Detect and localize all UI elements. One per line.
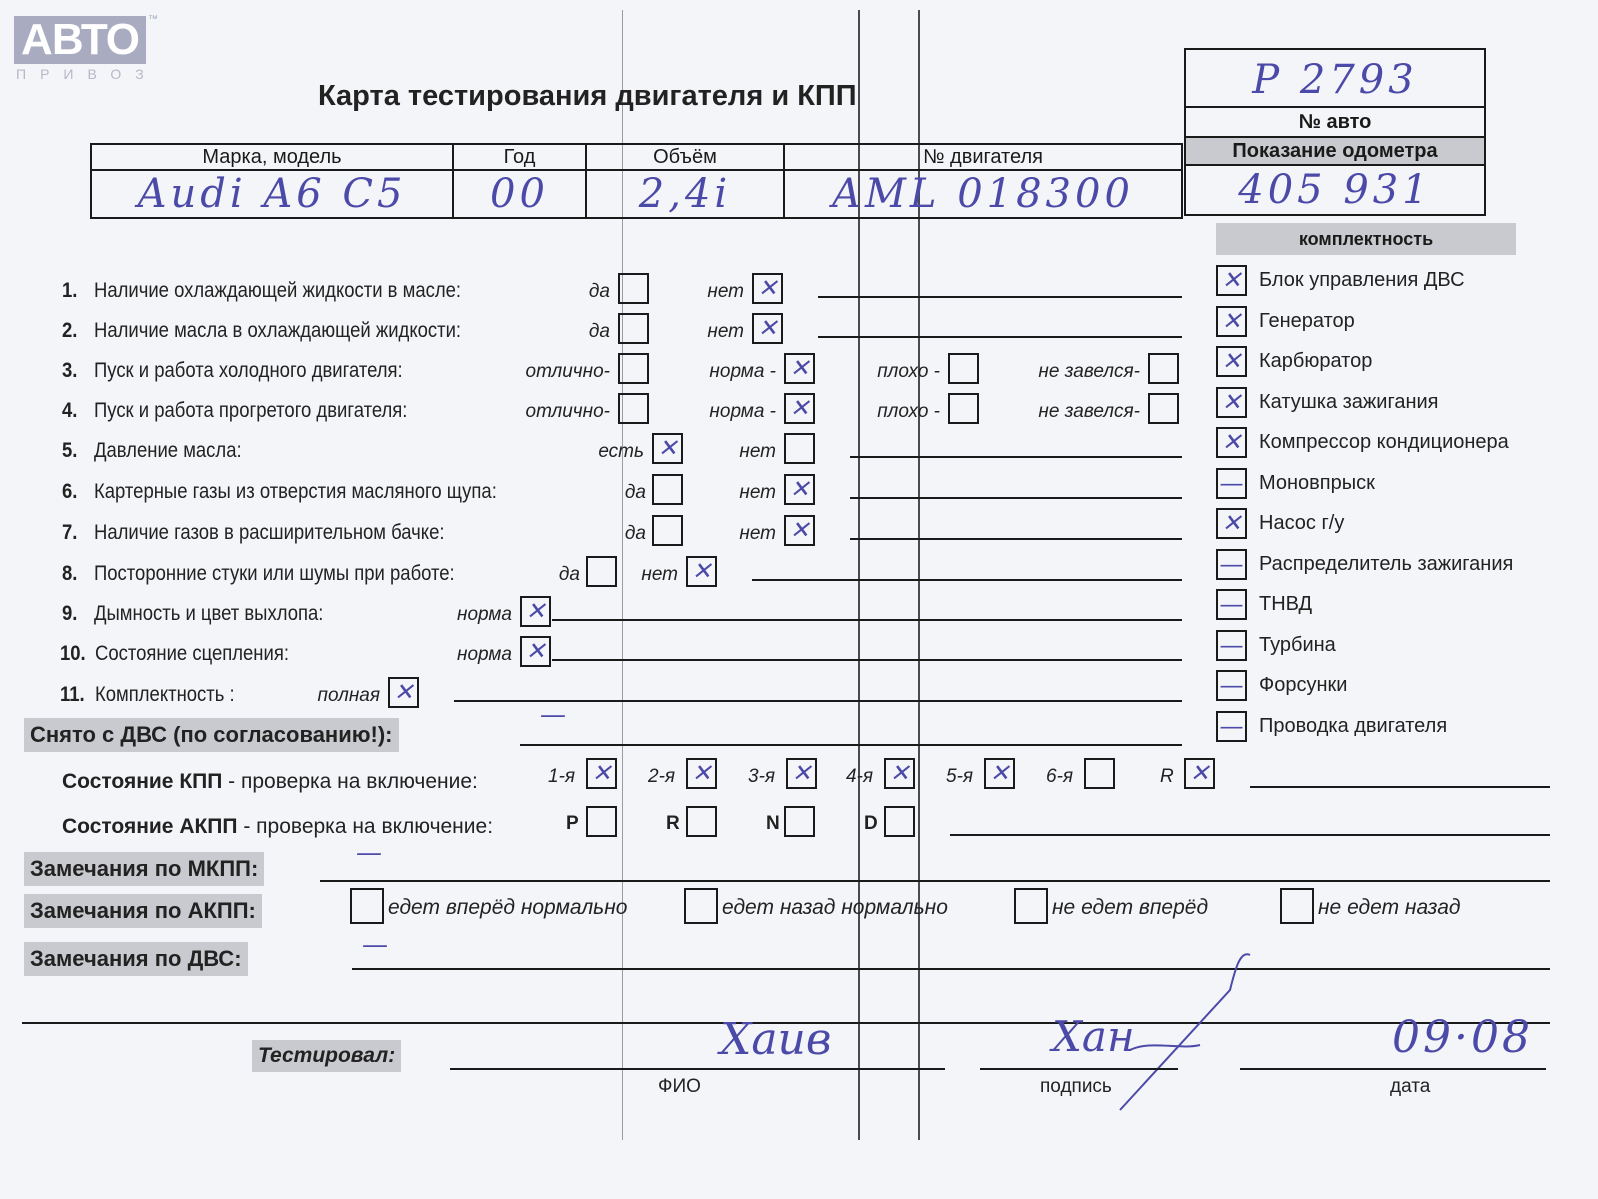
gear-checkbox[interactable]: ✕ xyxy=(884,758,915,789)
completeness-item-label: Катушка зажигания xyxy=(1259,391,1439,414)
option-label: отлично- xyxy=(470,401,610,423)
note-line xyxy=(752,579,1182,581)
vehicle-number-box: P 2793 № авто Показание одометра 405 931 xyxy=(1184,48,1486,216)
akpp-remarks-label: Замечания по АКПП: xyxy=(24,894,262,928)
option-checkbox[interactable]: ✕ xyxy=(388,677,419,708)
question-number: 10. xyxy=(60,642,86,666)
completeness-title: комплектность xyxy=(1216,223,1516,255)
name-value[interactable]: Хаив xyxy=(720,1014,832,1065)
completeness-item-label: Карбюратор xyxy=(1259,350,1372,373)
completeness-checkbox[interactable]: ✕ xyxy=(1216,427,1247,458)
option-label: нет xyxy=(636,441,776,463)
completeness-checkbox[interactable]: ✕ xyxy=(1216,387,1247,418)
vehicle-number-label: № авто xyxy=(1186,108,1484,138)
completeness-checkbox[interactable]: ✕ xyxy=(1216,508,1247,539)
option-checkbox[interactable]: ✕ xyxy=(520,636,551,667)
vehicle-number-value[interactable]: P 2793 xyxy=(1186,54,1484,108)
akpp-position-label: R xyxy=(666,813,680,835)
akpp-remark-label: не едет вперёд xyxy=(1052,896,1208,920)
note-line xyxy=(552,619,1182,621)
question-text: Давление масла: xyxy=(94,439,242,463)
dvs-line xyxy=(352,968,1550,970)
option-label: нет xyxy=(604,321,744,343)
dvs-remarks-label: Замечания по ДВС: xyxy=(24,942,248,976)
header-label-engine-number: № двигателя xyxy=(784,144,1182,170)
akpp-line xyxy=(950,834,1550,836)
question-number: 8. xyxy=(62,562,77,586)
completeness-item-label: Распределитель зажигания xyxy=(1259,553,1513,576)
completeness-item-label: Форсунки xyxy=(1259,674,1347,697)
completeness-checkbox[interactable]: — xyxy=(1216,468,1247,499)
option-label: да xyxy=(470,321,610,343)
completeness-checkbox[interactable]: — xyxy=(1216,670,1247,701)
question-text: Наличие охлаждающей жидкости в масле: xyxy=(94,279,461,303)
option-label: полная xyxy=(240,685,380,707)
engine-number-value[interactable]: AML 018300 xyxy=(832,171,1134,217)
date-caption: дата xyxy=(1390,1076,1430,1098)
akpp-label: Состояние АКПП - проверка на включение: xyxy=(62,815,493,839)
question-text: Наличие масла в охлаждающей жидкости: xyxy=(94,319,461,343)
option-label: нет xyxy=(604,281,744,303)
gear-label: 2-я xyxy=(648,766,675,788)
akpp-position-checkbox[interactable] xyxy=(884,806,915,837)
removed-value[interactable]: — xyxy=(540,700,566,730)
option-label: норма - xyxy=(636,361,776,383)
option-checkbox[interactable]: ✕ xyxy=(520,596,551,627)
option-checkbox[interactable]: ✕ xyxy=(784,515,815,546)
gear-checkbox[interactable]: ✕ xyxy=(786,758,817,789)
gear-checkbox[interactable] xyxy=(1084,758,1115,789)
option-label: да xyxy=(470,281,610,303)
note-line xyxy=(850,538,1182,540)
option-checkbox[interactable]: ✕ xyxy=(752,313,783,344)
removed-line xyxy=(520,744,1182,746)
note-line xyxy=(850,456,1182,458)
completeness-item-label: Блок управления ДВС xyxy=(1259,269,1465,292)
question-text: Комплектность : xyxy=(95,683,235,707)
option-checkbox[interactable]: ✕ xyxy=(784,474,815,505)
option-label: нет xyxy=(538,564,678,586)
odometer-value[interactable]: 405 931 xyxy=(1186,166,1484,214)
option-label: норма xyxy=(372,604,512,626)
option-label: норма xyxy=(372,644,512,666)
note-line xyxy=(850,497,1182,499)
logo: АВТО xyxy=(14,16,146,64)
gear-checkbox[interactable]: ✕ xyxy=(1184,758,1215,789)
date-value[interactable]: 09·08 xyxy=(1392,1012,1533,1063)
removed-label: Снято с ДВС (по согласованию!): xyxy=(24,718,399,752)
vehicle-info-table: Марка, модель Год Объём № двигателя Audi… xyxy=(90,143,1183,219)
question-number: 9. xyxy=(62,602,77,626)
signature-stroke xyxy=(1090,950,1270,1120)
akpp-position-label: N xyxy=(766,813,780,835)
option-label: да xyxy=(506,482,646,504)
akpp-remark-checkbox[interactable] xyxy=(1014,888,1048,924)
akpp-position-label: P xyxy=(566,813,579,835)
question-number: 7. xyxy=(62,521,77,545)
signature-caption: подпись xyxy=(1040,1076,1112,1098)
option-label: не завелся- xyxy=(1000,401,1140,423)
odometer-label: Показание одометра xyxy=(1186,138,1484,166)
question-text: Состояние сцепления: xyxy=(95,642,289,666)
note-line xyxy=(818,296,1182,298)
akpp-remark-checkbox[interactable] xyxy=(684,888,718,924)
kpp-line xyxy=(1250,786,1550,788)
completeness-item-label: Турбина xyxy=(1259,634,1336,657)
name-caption: ФИО xyxy=(658,1076,701,1098)
question-text: Дымность и цвет выхлопа: xyxy=(94,602,323,626)
tested-by-label: Тестировал: xyxy=(252,1040,401,1072)
akpp-position-checkbox[interactable] xyxy=(586,806,617,837)
year-value[interactable]: 00 xyxy=(490,171,549,217)
gear-label: 6-я xyxy=(1046,766,1073,788)
question-number: 6. xyxy=(62,480,77,504)
completeness-item-label: Насос г/у xyxy=(1259,512,1344,535)
option-label: плохо - xyxy=(800,401,940,423)
kpp-label: Состояние КПП - проверка на включение: xyxy=(62,770,478,794)
gear-label: 4-я xyxy=(846,766,873,788)
header-label-year: Год xyxy=(453,144,586,170)
option-checkbox[interactable] xyxy=(1148,393,1179,424)
header-label-model: Марка, модель xyxy=(91,144,453,170)
question-number: 2. xyxy=(62,319,77,343)
option-checkbox[interactable]: ✕ xyxy=(752,273,783,304)
model-value[interactable]: Audi A6 C5 xyxy=(138,171,407,217)
option-label: нет xyxy=(636,523,776,545)
completeness-checkbox[interactable]: — xyxy=(1216,549,1247,580)
gear-checkbox[interactable]: ✕ xyxy=(686,758,717,789)
option-label: плохо - xyxy=(800,361,940,383)
question-text: Посторонние стуки или шумы при работе: xyxy=(94,562,455,586)
mkpp-remarks-value[interactable]: — xyxy=(356,838,382,868)
question-number: 1. xyxy=(62,279,77,303)
completeness-item-label: Генератор xyxy=(1259,310,1355,333)
dvs-remarks-value[interactable]: — xyxy=(362,930,388,960)
volume-value[interactable]: 2,4i xyxy=(639,171,731,217)
option-checkbox[interactable]: ✕ xyxy=(686,556,717,587)
option-label: есть xyxy=(504,441,644,463)
gear-checkbox[interactable]: ✕ xyxy=(586,758,617,789)
akpp-position-checkbox[interactable] xyxy=(686,806,717,837)
completeness-item-label: Моновпрыск xyxy=(1259,472,1375,495)
gear-label: 3-я xyxy=(748,766,775,788)
akpp-position-label: D xyxy=(864,813,878,835)
completeness-checkbox[interactable]: — xyxy=(1216,630,1247,661)
note-line xyxy=(818,336,1182,338)
akpp-remark-label: едет вперёд нормально xyxy=(388,896,627,920)
akpp-remark-label: едет назад нормально xyxy=(722,896,948,920)
option-label: нет xyxy=(636,482,776,504)
name-line xyxy=(450,1068,945,1070)
header-label-volume: Объём xyxy=(586,144,784,170)
gear-label: 5-я xyxy=(946,766,973,788)
option-label: не завелся- xyxy=(1000,361,1140,383)
option-label: да xyxy=(506,523,646,545)
logo-subtitle: ПРИВОЗ xyxy=(16,66,158,82)
completeness-item-label: Компрессор кондиционера xyxy=(1259,431,1509,454)
option-checkbox[interactable] xyxy=(948,393,979,424)
option-label: отлично- xyxy=(470,361,610,383)
completeness-checkbox[interactable]: ✕ xyxy=(1216,265,1247,296)
signature-line xyxy=(980,1068,1178,1070)
completeness-item-label: Проводка двигателя xyxy=(1259,715,1447,738)
completeness-item-label: ТНВД xyxy=(1259,593,1312,616)
question-number: 5. xyxy=(62,439,77,463)
akpp-position-checkbox[interactable] xyxy=(784,806,815,837)
note-line xyxy=(552,659,1182,661)
question-number: 4. xyxy=(62,399,77,423)
question-text: Пуск и работа прогретого двигателя: xyxy=(94,399,407,423)
question-text: Картерные газы из отверстия масляного щу… xyxy=(94,480,497,504)
option-checkbox[interactable] xyxy=(948,353,979,384)
akpp-remark-checkbox[interactable] xyxy=(1280,888,1314,924)
completeness-checkbox[interactable]: ✕ xyxy=(1216,346,1247,377)
option-label: норма - xyxy=(636,401,776,423)
mkpp-line xyxy=(320,880,1550,882)
gear-label: R xyxy=(1160,766,1174,788)
mkpp-remarks-label: Замечания по МКПП: xyxy=(24,852,264,886)
akpp-remark-label: не едет назад xyxy=(1318,896,1460,920)
question-number: 11. xyxy=(60,683,85,707)
question-number: 3. xyxy=(62,359,77,383)
page-title: Карта тестирования двигателя и КПП xyxy=(318,80,857,113)
akpp-remark-checkbox[interactable] xyxy=(350,888,384,924)
completeness-checkbox[interactable]: — xyxy=(1216,589,1247,620)
question-text: Наличие газов в расширительном бачке: xyxy=(94,521,445,545)
gear-checkbox[interactable]: ✕ xyxy=(984,758,1015,789)
date-line xyxy=(1240,1068,1546,1070)
gear-label: 1-я xyxy=(548,766,575,788)
completeness-checkbox[interactable]: ✕ xyxy=(1216,306,1247,337)
question-text: Пуск и работа холодного двигателя: xyxy=(94,359,403,383)
option-checkbox[interactable] xyxy=(1148,353,1179,384)
logo-trademark: ™ xyxy=(148,14,158,25)
completeness-checkbox[interactable]: — xyxy=(1216,711,1247,742)
option-checkbox[interactable] xyxy=(784,433,815,464)
